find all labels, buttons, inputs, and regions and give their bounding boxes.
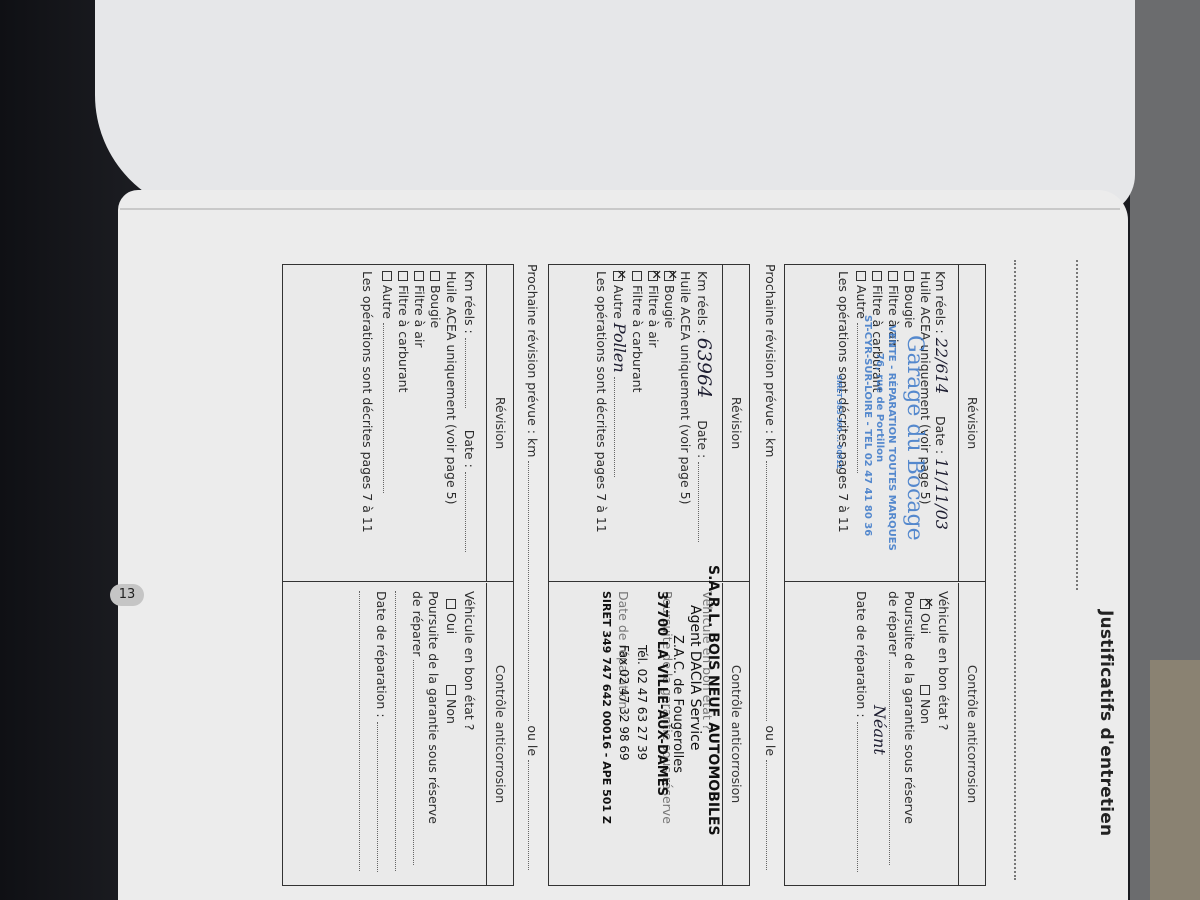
autre-field[interactable] — [614, 377, 625, 477]
facing-page — [95, 0, 1135, 215]
checkbox-non[interactable] — [446, 685, 456, 695]
date-field[interactable] — [698, 462, 709, 542]
km-label: Km réels : — [933, 271, 948, 334]
service-entry-2: Révision Contrôle anticorrosion Km réels… — [548, 264, 750, 886]
revision-header: Révision — [958, 265, 985, 581]
autre-label: Autre — [380, 285, 395, 319]
km-value[interactable]: 22/614 — [932, 338, 951, 394]
date-label: Date : — [933, 416, 948, 454]
km-reels-row: Km réels : 22/614 Date : 11/11/03 — [932, 271, 951, 530]
date-value[interactable]: 11/11/03 — [932, 458, 951, 530]
dealer-stamp-name: S.A.R.L. BOIS NEUF AUTOMOBILES — [705, 565, 721, 836]
next-date-label: ou le — [525, 725, 540, 756]
page-title: Justificatifs d'entretien — [1096, 610, 1116, 836]
next-date-field[interactable] — [528, 760, 539, 870]
dealer-stamp-line3: 37700 LA VILLE-AUX-DAMES — [654, 591, 669, 796]
operations-note: Les opérations sont décrites pages 7 à 1… — [360, 271, 375, 533]
next-km-label: Prochaine révision prévue : km — [525, 264, 540, 457]
date-reparation-field[interactable] — [377, 722, 388, 872]
km-reels-row: Km réels : Date : — [462, 271, 477, 552]
revision-header: Révision — [722, 265, 749, 581]
background-floor — [1150, 660, 1200, 900]
autre-label: Autre — [611, 285, 626, 319]
date-reparation-label: Date de réparation : — [374, 591, 389, 718]
date-reparation-row: Date de réparation : — [374, 591, 389, 872]
service-entry-3: Révision Contrôle anticorrosion Km réels… — [282, 264, 514, 886]
revision-header: Révision — [486, 265, 513, 581]
huile-line: Huile ACEA uniquement (voir page 5) — [678, 271, 693, 504]
poursuite-value[interactable]: Néant — [870, 705, 889, 755]
dotted-rule — [1014, 260, 1016, 880]
checkbox-bougie[interactable] — [904, 271, 914, 281]
date-reparation-field[interactable] — [857, 722, 868, 872]
oui-option[interactable]: Oui — [444, 599, 459, 634]
non-label: Non — [444, 699, 459, 724]
km-label: Km réels : — [462, 271, 477, 334]
date-label: Date : — [695, 420, 710, 458]
dealer-stamp-line1: Agent DACIA Service — [687, 605, 703, 750]
bougie-label: Bougie — [662, 285, 677, 328]
control-header: Contrôle anticorrosion — [486, 583, 513, 885]
filtre-carburant-label: Filtre à carburant — [396, 285, 411, 392]
date-reparation-row: Date de réparation : — [854, 591, 869, 872]
date-field[interactable] — [465, 472, 476, 552]
vehicule-question: Véhicule en bon état ? — [462, 591, 477, 730]
garage-stamp-line2: 76, rue de Portillon — [874, 353, 885, 462]
checkbox-filtre-air[interactable] — [648, 271, 658, 281]
checkbox-filtre-carburant[interactable] — [872, 271, 882, 281]
dealer-stamp-line2: Z.A.C. de Fougerolles — [670, 635, 685, 773]
bougie-label: Bougie — [902, 285, 917, 328]
oui-label: Oui — [444, 613, 459, 634]
checkbox-filtre-air[interactable] — [888, 271, 898, 281]
checkbox-filtre-carburant[interactable] — [398, 271, 408, 281]
next-service-row-1: Prochaine révision prévue : km ou le — [763, 264, 778, 870]
checkbox-autre[interactable] — [613, 271, 623, 281]
km-reels-row: Km réels : 63964 Date : — [693, 271, 715, 542]
filtre-air-label: Filtre à air — [412, 285, 427, 348]
next-km-field[interactable] — [766, 461, 777, 721]
filtre-carburant-row[interactable]: Filtre à carburant — [630, 271, 645, 392]
maintenance-page: Justificatifs d'entretien Révision Contr… — [118, 190, 1128, 900]
dotted-rule — [1076, 260, 1078, 590]
next-km-field[interactable] — [528, 461, 539, 721]
km-field[interactable] — [465, 338, 476, 408]
reparer-row: de réparer — [410, 591, 425, 865]
filtre-carburant-row[interactable]: Filtre à carburant — [396, 271, 411, 392]
checkbox-filtre-air[interactable] — [414, 271, 424, 281]
bougie-row[interactable]: Bougie — [902, 271, 917, 328]
checkbox-autre[interactable] — [856, 271, 866, 281]
checkbox-bougie[interactable] — [430, 271, 440, 281]
bougie-row[interactable]: Bougie — [662, 271, 677, 328]
filtre-air-row[interactable]: Filtre à air — [412, 271, 427, 348]
date-label: Date : — [462, 430, 477, 468]
km-label: Km réels : — [695, 271, 710, 334]
next-date-label: ou le — [763, 725, 778, 756]
oui-option[interactable]: Oui — [918, 599, 933, 634]
checkbox-oui[interactable] — [446, 599, 456, 609]
checkbox-oui[interactable] — [920, 599, 930, 609]
checkbox-bougie[interactable] — [664, 271, 674, 281]
column-divider — [785, 581, 985, 582]
km-value[interactable]: 63964 — [693, 338, 715, 398]
operations-note: Les opérations sont décrites pages 7 à 1… — [594, 271, 609, 533]
non-option[interactable]: Non — [444, 685, 459, 724]
huile-line: Huile ACEA uniquement (voir page 5) — [444, 271, 459, 504]
dealer-stamp-line5: Fax 02 47 32 98 69 — [617, 645, 631, 761]
poursuite-label: Poursuite de la garantie sous réserve — [902, 591, 917, 824]
oui-label: Oui — [918, 613, 933, 634]
garage-stamp-line1: VENTE - RÉPARATION TOUTES MARQUES — [886, 325, 897, 551]
filtre-carburant-label: Filtre à carburant — [630, 285, 645, 392]
checkbox-non[interactable] — [920, 685, 930, 695]
reparer-label: de réparer — [886, 591, 901, 656]
vehicule-question: Véhicule en bon état ? — [936, 591, 951, 730]
date-reparation-extra-row — [356, 591, 371, 871]
autre-row[interactable]: Autre — [380, 271, 395, 493]
filtre-air-row[interactable]: Filtre à air — [646, 271, 661, 348]
bougie-label: Bougie — [428, 285, 443, 328]
page-number: 13 — [110, 584, 144, 606]
checkbox-autre[interactable] — [382, 271, 392, 281]
reparer-field[interactable] — [889, 660, 900, 865]
autre-row[interactable]: Autre Pollen — [610, 271, 629, 477]
dealer-stamp-line6: SIRET 349 747 642 00016 - APE 501 Z — [600, 591, 613, 824]
reparer-label: de réparer — [410, 591, 425, 656]
column-divider — [283, 581, 513, 582]
control-header: Contrôle anticorrosion — [958, 583, 985, 885]
bougie-row[interactable]: Bougie — [428, 271, 443, 328]
autre-label: Autre — [854, 285, 869, 319]
poursuite-label: Poursuite de la garantie sous réserve — [426, 591, 441, 824]
autre-field[interactable] — [383, 323, 394, 493]
filtre-air-label: Filtre à air — [646, 285, 661, 348]
reparer-extra-row — [392, 591, 407, 871]
next-service-row-2: Prochaine révision prévue : km ou le — [525, 264, 540, 870]
garage-stamp-line4: SIRET 383 360 ... 00012 — [835, 375, 843, 469]
non-label: Non — [918, 699, 933, 724]
garage-stamp-name: Garage du Bocage — [902, 335, 927, 541]
control-header: Contrôle anticorrosion — [722, 583, 749, 885]
checkbox-filtre-carburant[interactable] — [632, 271, 642, 281]
garage-stamp-line3: ST-CYR-SUR-LOIRE - TEL 02 47 41 80 36 — [862, 315, 873, 536]
date-reparation-field-2[interactable] — [359, 591, 370, 871]
autre-value[interactable]: Pollen — [610, 323, 629, 373]
next-date-field[interactable] — [766, 760, 777, 870]
reparer-field[interactable] — [413, 660, 424, 865]
service-entry-1: Révision Contrôle anticorrosion Km réels… — [784, 264, 986, 886]
non-option[interactable]: Non — [918, 685, 933, 724]
dealer-stamp-line4: Tél. 02 47 63 27 39 — [635, 645, 649, 760]
reparer-field-2[interactable] — [395, 591, 406, 871]
next-km-label: Prochaine révision prévue : km — [763, 264, 778, 457]
date-reparation-label: Date de réparation : — [854, 591, 869, 718]
